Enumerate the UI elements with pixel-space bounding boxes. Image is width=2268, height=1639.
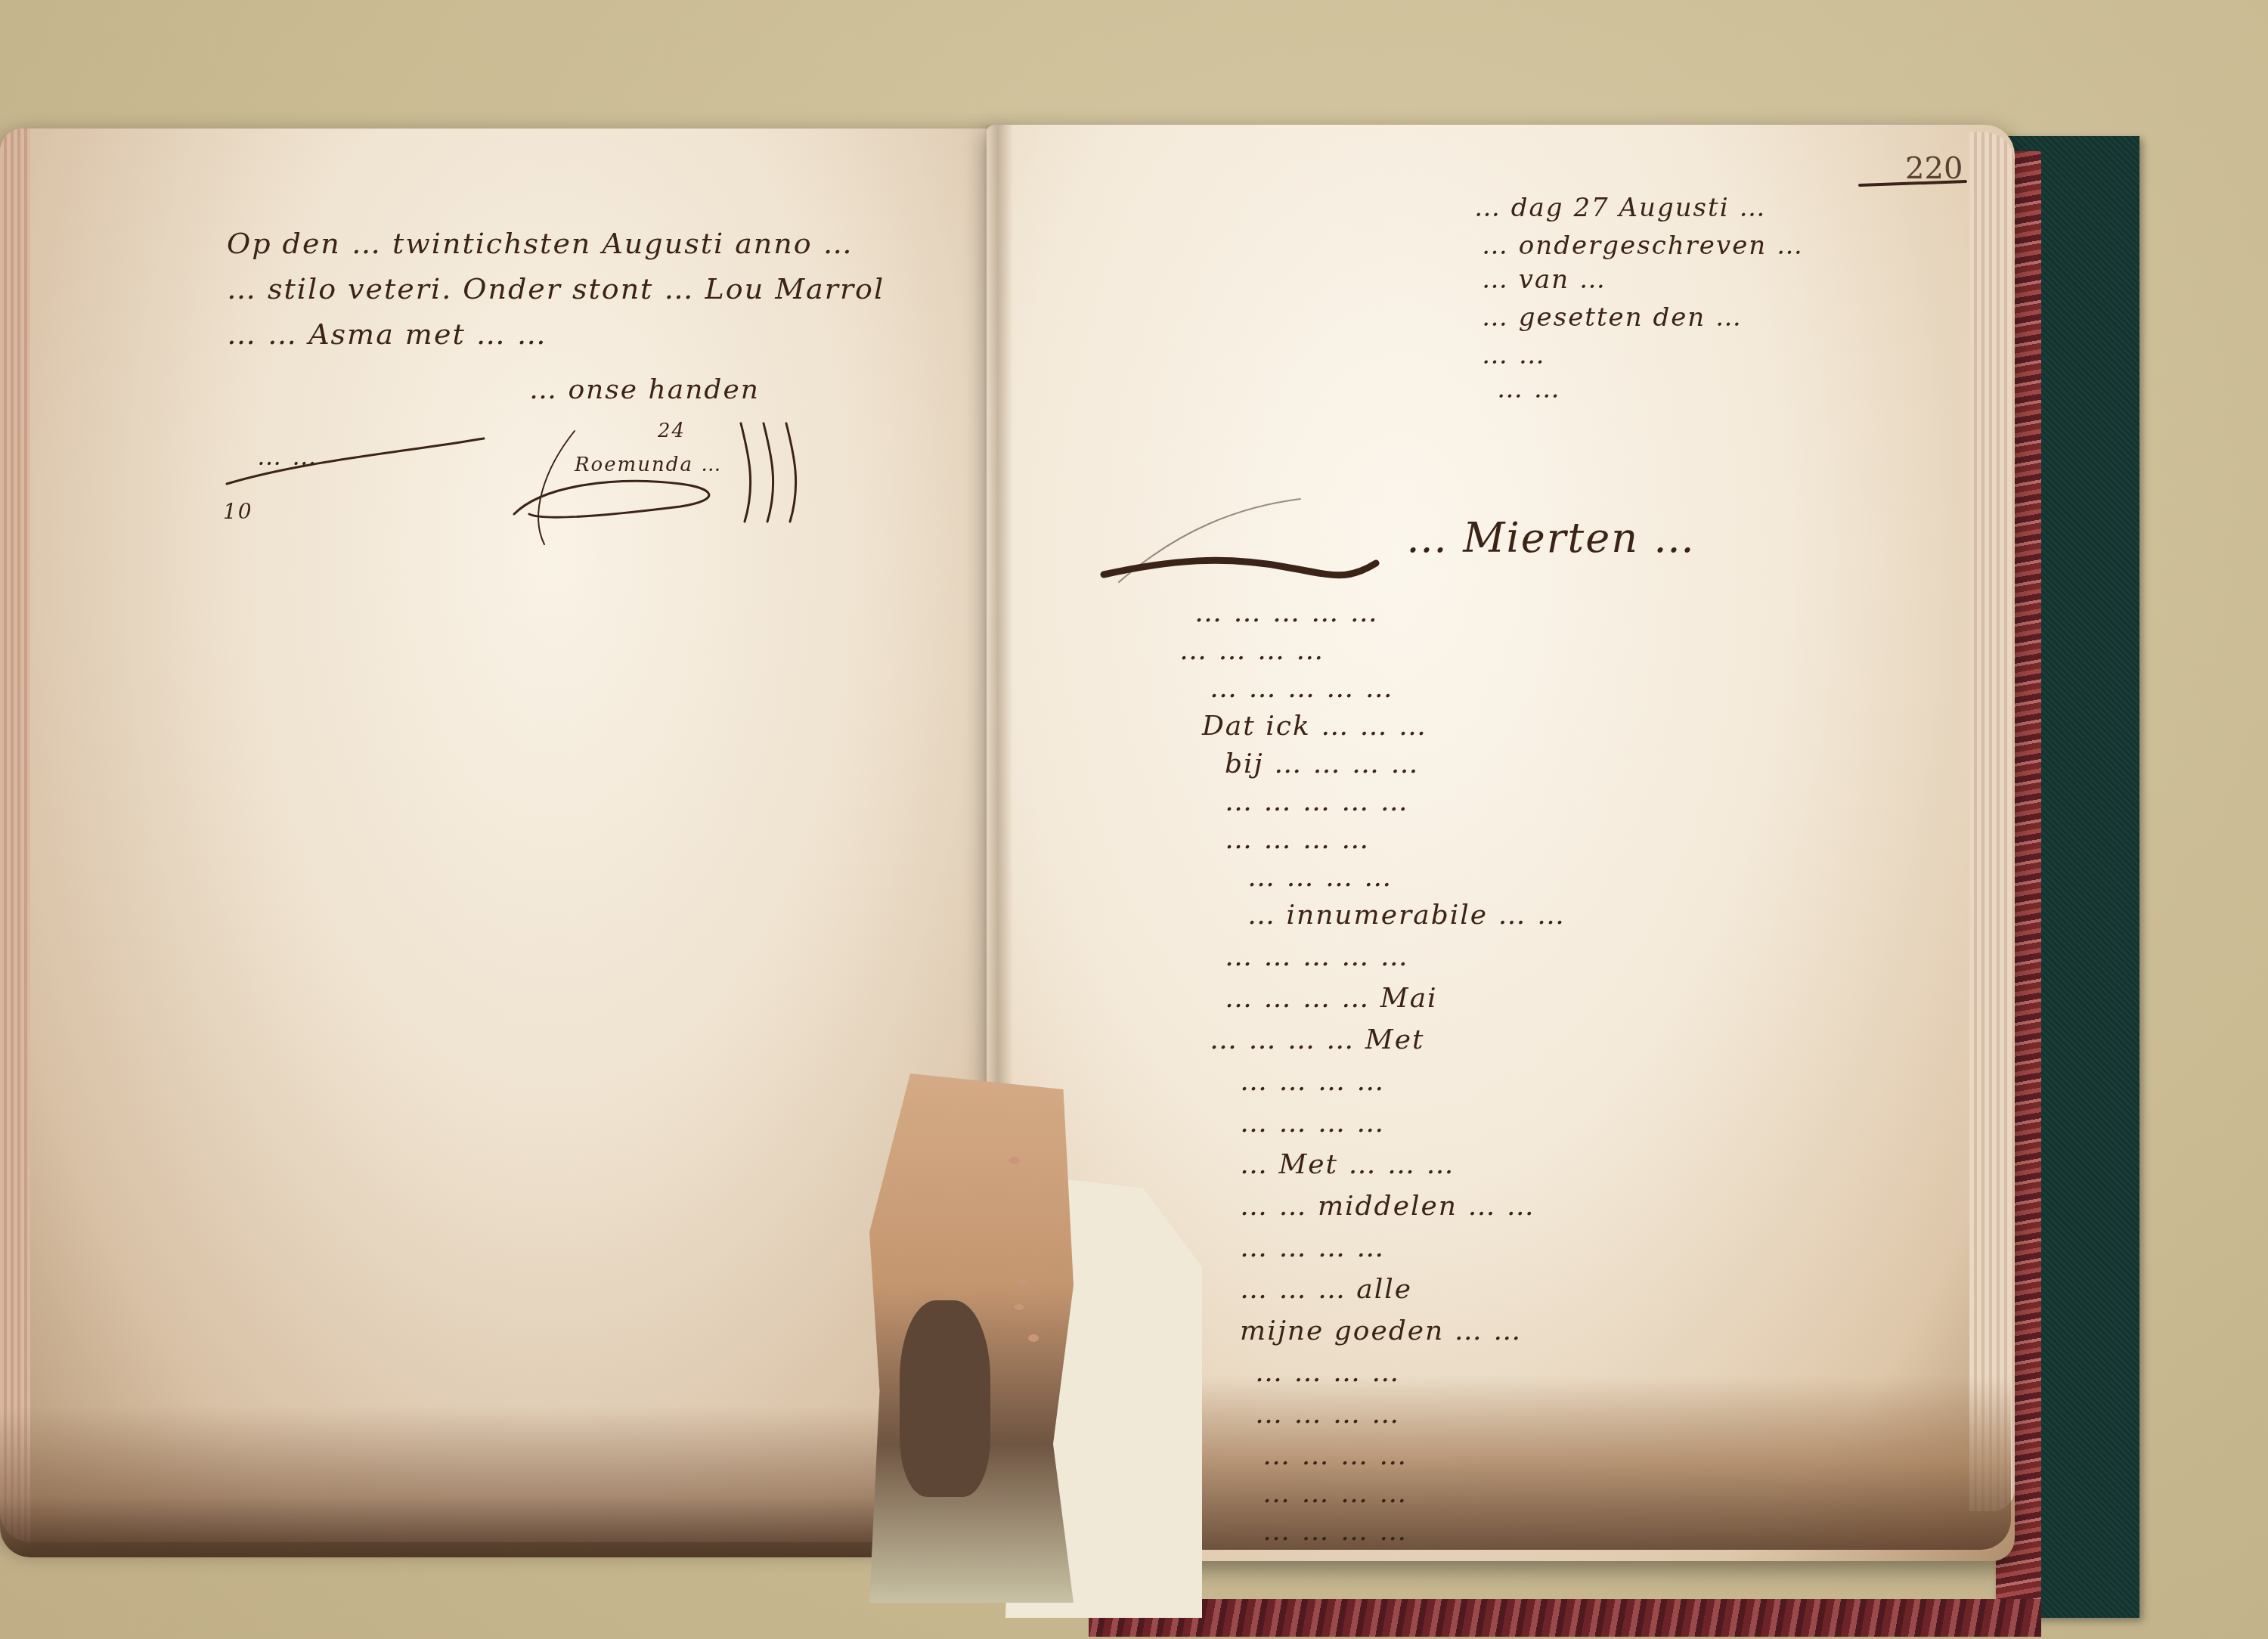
- paper-flake: [1009, 1157, 1020, 1164]
- main-entry-line: … … … … …: [1210, 673, 1394, 704]
- left-page-burn-damage: [0, 1406, 1005, 1557]
- main-entry-heading: … Mierten …: [1406, 514, 1696, 562]
- left-closing-line: … onse handen: [529, 374, 760, 405]
- marbled-bottom-edge: [1089, 1599, 2041, 1637]
- main-entry-line: … … … … …: [1225, 786, 1409, 817]
- main-entry-line: Dat ick … … …: [1202, 711, 1427, 742]
- main-entry-line: bij … … … …: [1225, 748, 1420, 779]
- spine-damage-hole: [900, 1300, 990, 1497]
- folio-number: 220: [1905, 151, 1963, 186]
- main-entry-line: … … … …: [1255, 1357, 1400, 1388]
- main-entry-line: … … … …: [1255, 1399, 1400, 1430]
- main-entry-line: … … … … Mai: [1225, 983, 1438, 1014]
- signature: Roemunda …: [575, 454, 722, 476]
- top-entry-line: … van …: [1482, 265, 1606, 295]
- right-page-burn-damage: [1081, 1376, 2011, 1550]
- main-entry-line: … innumerabile … …: [1247, 900, 1566, 931]
- signature-numeral: 24: [658, 420, 686, 442]
- main-entry-line: … … … …: [1263, 1516, 1408, 1547]
- top-entry-line: … ondergeschreven …: [1482, 231, 1804, 261]
- right-page-stack: [1969, 132, 2015, 1511]
- left-entry-line: Op den … twintichsten Augusti anno …: [227, 227, 854, 260]
- main-entry-line: … … … …: [1263, 1478, 1408, 1509]
- main-entry-line: … … … …: [1240, 1066, 1385, 1097]
- main-entry-line: … … … alle: [1240, 1274, 1412, 1305]
- paper-flake: [1028, 1334, 1039, 1342]
- main-entry-line: … … … … …: [1225, 941, 1409, 972]
- main-entry-line: … … … …: [1247, 862, 1393, 893]
- main-entry-line: … … … … …: [1194, 597, 1379, 628]
- paper-flake: [1015, 1304, 1024, 1310]
- main-entry-line: … … … …: [1225, 824, 1370, 855]
- main-entry-line: … … … …: [1263, 1440, 1408, 1471]
- main-entry-line: … … … …: [1179, 635, 1325, 666]
- main-entry-line: … … … …: [1240, 1108, 1385, 1139]
- top-entry-line: … …: [1497, 374, 1561, 404]
- main-entry-line: … … … …: [1240, 1232, 1385, 1263]
- paper-flake: [1017, 1278, 1029, 1285]
- main-entry-line: mijne goeden … …: [1240, 1315, 1522, 1346]
- left-entry-line: … … Asma met … …: [227, 318, 547, 351]
- signature: … …: [257, 442, 318, 471]
- main-entry-line: … … … … Met: [1210, 1024, 1424, 1055]
- main-entry-line: … … middelen … …: [1240, 1191, 1535, 1222]
- main-entry-line: … Met … … …: [1240, 1149, 1455, 1180]
- top-entry-line: … dag 27 Augusti …: [1474, 193, 1766, 223]
- left-entry-line: … stilo veteri. Onder stont … Lou Marrol: [227, 272, 885, 305]
- left-page-stack: [0, 129, 30, 1542]
- margin-numeral: 10: [223, 499, 253, 524]
- top-entry-line: … …: [1482, 340, 1546, 370]
- top-entry-line: … gesetten den …: [1482, 302, 1743, 333]
